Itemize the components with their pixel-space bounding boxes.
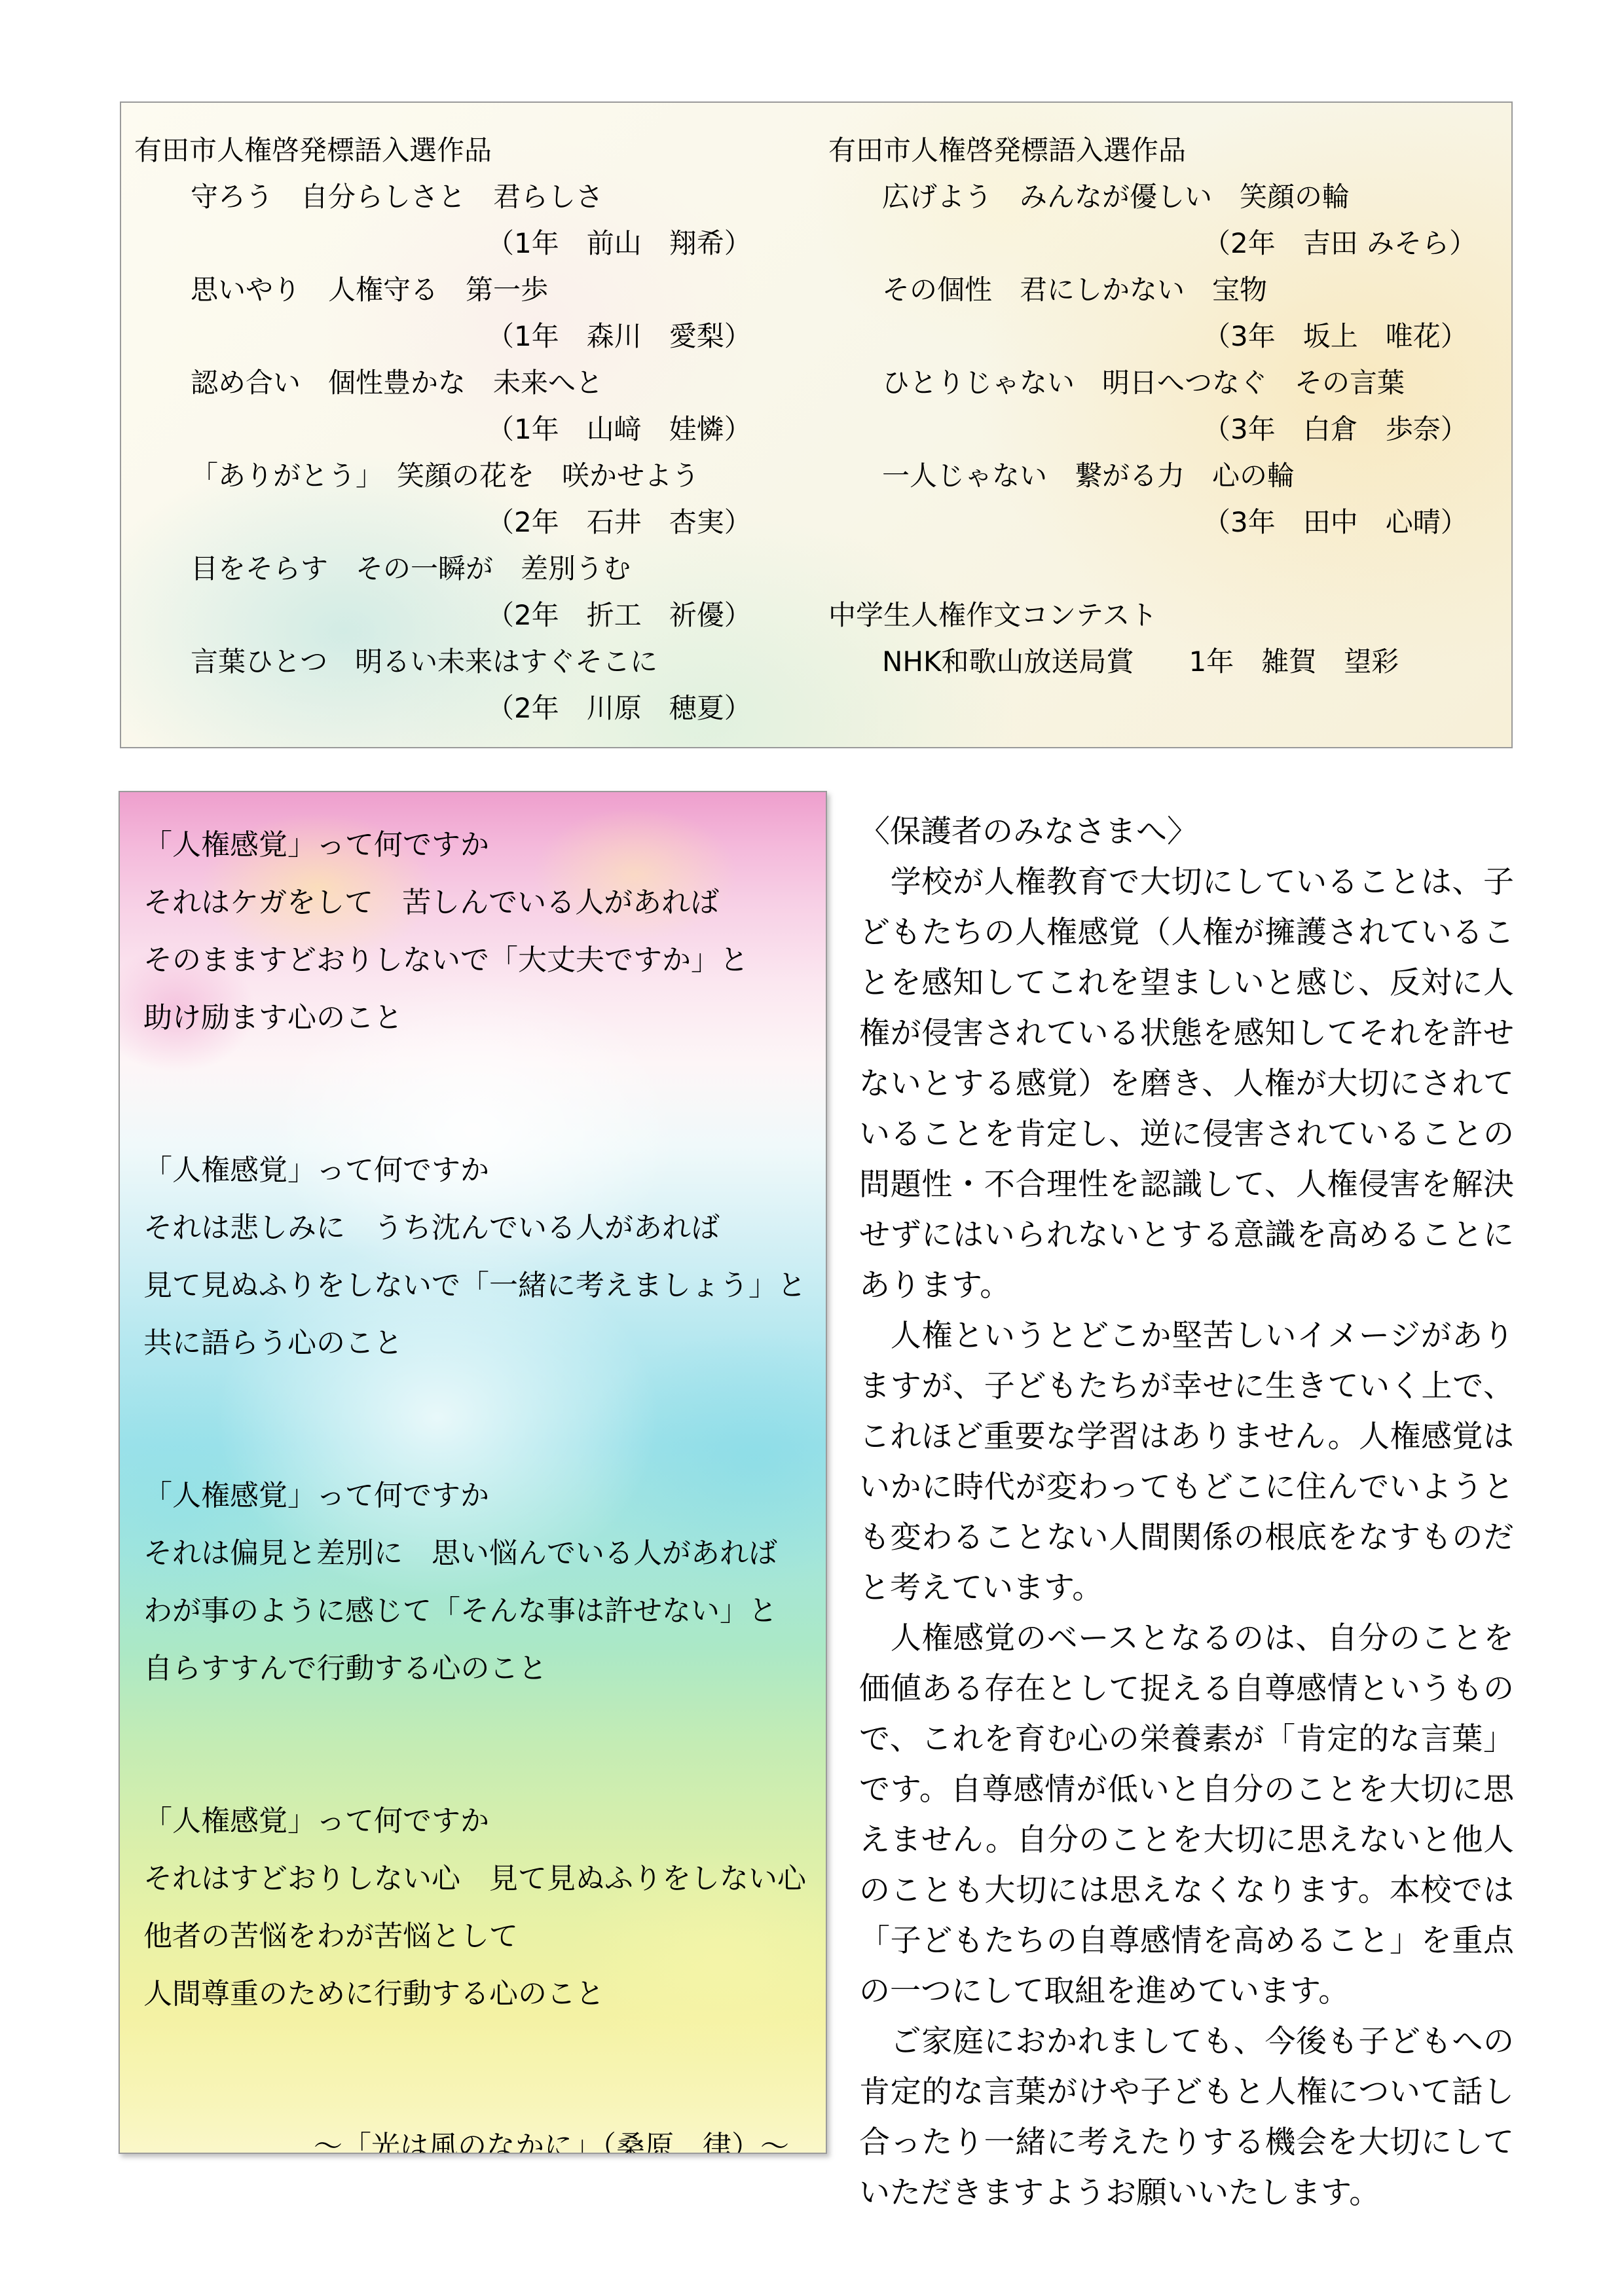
poem-stanza: 「人権感覚」って何ですか それは悲しみに うち沈んでいる人があれば 見て見ぬふり… — [143, 1142, 815, 1372]
poem-line: それは偏見と差別に 思い悩んでいる人があれば — [143, 1525, 815, 1582]
letter-paragraph: 学校が人権教育で大切にしていることは、子どもたちの人権感覚（人権が擁護されている… — [859, 857, 1514, 1311]
poem-line: 「人権感覚」って何ですか — [143, 816, 815, 874]
poem-line: 人間尊重のために行動する心のこと — [143, 1965, 815, 2023]
poem-line: 見て見ぬふりをしないで「一緒に考えましょう」と — [143, 1257, 815, 1315]
letter-paragraph: 人権というとどこか堅苦しいイメージがありますが、子どもたちが幸せに生きていく上で… — [859, 1311, 1514, 1613]
poem-line: 「人権感覚」って何ですか — [143, 1142, 815, 1199]
poem-line: 自らすすんで行動する心のこと — [143, 1640, 815, 1698]
column-spacer — [828, 545, 1511, 592]
poem-line: 共に語らう心のこと — [143, 1315, 815, 1372]
poem-box: 「人権感覚」って何ですか それはケガをして 苦しんでいる人があれば そのまますど… — [119, 791, 827, 2154]
slogan-credit: （1年 山﨑 娃憐） — [121, 406, 828, 452]
poem-line: わが事のように感じて「そんな事は許せない」と — [143, 1582, 815, 1640]
slogan-credit: （2年 川原 穂夏） — [121, 685, 828, 731]
letter-paragraph: 人権感覚のベースとなるのは、自分のことを価値ある存在として捉える自尊感情というも… — [859, 1613, 1514, 2016]
slogan-text: 守ろう 自分らしさと 君らしさ — [121, 173, 828, 220]
slogan-text: 目をそらす その一瞬が 差別うむ — [121, 545, 828, 592]
slogan-award-box: 有田市人権啓発標語入選作品 守ろう 自分らしさと 君らしさ （1年 前山 翔希）… — [120, 101, 1513, 748]
poem-line: そのまますどおりしないで「大丈夫ですか」と — [143, 932, 815, 989]
slogan-text: 「ありがとう」 笑顔の花を 咲かせよう — [121, 452, 828, 499]
slogan-credit: （2年 吉田 みそら） — [828, 220, 1511, 266]
slogan-text: 一人じゃない 繋がる力 心の輪 — [828, 452, 1511, 499]
poem-line: それは悲しみに うち沈んでいる人があれば — [143, 1199, 815, 1257]
poem-stanza: 「人権感覚」って何ですか それはケガをして 苦しんでいる人があれば そのまますど… — [143, 816, 815, 1047]
poem-stanza: 「人権感覚」って何ですか それはすどおりしない心 見て見ぬふりをしない心 他者の… — [143, 1793, 815, 2023]
slogan-credit: （2年 石井 杏実） — [121, 499, 828, 545]
slogan-text: 認め合い 個性豊かな 未来へと — [121, 359, 828, 406]
poem-line: 「人権感覚」って何ですか — [143, 1467, 815, 1525]
poem-attribution: ～「光は風のなかに」（桑原 律）～ — [143, 2118, 815, 2154]
poem-line: それはケガをして 苦しんでいる人があれば — [143, 874, 815, 932]
poem-line: 助け励ます心のこと — [143, 989, 815, 1047]
slogan-text: その個性 君にしかない 宝物 — [828, 266, 1511, 313]
slogan-credit: （3年 白倉 歩奈） — [828, 406, 1511, 452]
parents-letter: 〈保護者のみなさまへ〉 学校が人権教育で大切にしていることは、子どもたちの人権感… — [859, 807, 1514, 2218]
slogan-text: 広げよう みんなが優しい 笑顔の輪 — [828, 173, 1511, 220]
poem-stanza: 「人権感覚」って何ですか それは偏見と差別に 思い悩んでいる人があれば わが事の… — [143, 1467, 815, 1698]
slogan-column-left: 有田市人権啓発標語入選作品 守ろう 自分らしさと 君らしさ （1年 前山 翔希）… — [121, 127, 828, 731]
contest-award: NHK和歌山放送局賞 1年 雑賀 望彩 — [828, 638, 1511, 685]
slogan-credit: （1年 森川 愛梨） — [121, 313, 828, 359]
slogan-text: 思いやり 人権守る 第一歩 — [121, 266, 828, 313]
slogan-credit: （1年 前山 翔希） — [121, 220, 828, 266]
slogan-text: ひとりじゃない 明日へつなぐ その言葉 — [828, 359, 1511, 406]
poem-line: 他者の苦悩をわが苦悩として — [143, 1908, 815, 1965]
contest-title: 中学生人権作文コンテスト — [828, 592, 1511, 638]
slogan-credit: （3年 田中 心晴） — [828, 499, 1511, 545]
slogan-text: 言葉ひとつ 明るい未来はすぐそこに — [121, 638, 828, 685]
slogan-column-heading: 有田市人権啓発標語入選作品 — [828, 127, 1511, 173]
slogan-credit: （2年 折工 祈優） — [121, 592, 828, 638]
letter-paragraph: ご家庭におかれましても、今後も子どもへの肯定的な言葉がけや子どもと人権について話… — [859, 2016, 1514, 2218]
poem-line: 「人権感覚」って何ですか — [143, 1793, 815, 1850]
slogan-column-right: 有田市人権啓発標語入選作品 広げよう みんなが優しい 笑顔の輪 （2年 吉田 み… — [828, 127, 1511, 685]
slogan-credit: （3年 坂上 唯花） — [828, 313, 1511, 359]
slogan-column-heading: 有田市人権啓発標語入選作品 — [121, 127, 828, 173]
poem-line: それはすどおりしない心 見て見ぬふりをしない心 — [143, 1850, 815, 1908]
letter-heading: 〈保護者のみなさまへ〉 — [859, 807, 1514, 857]
